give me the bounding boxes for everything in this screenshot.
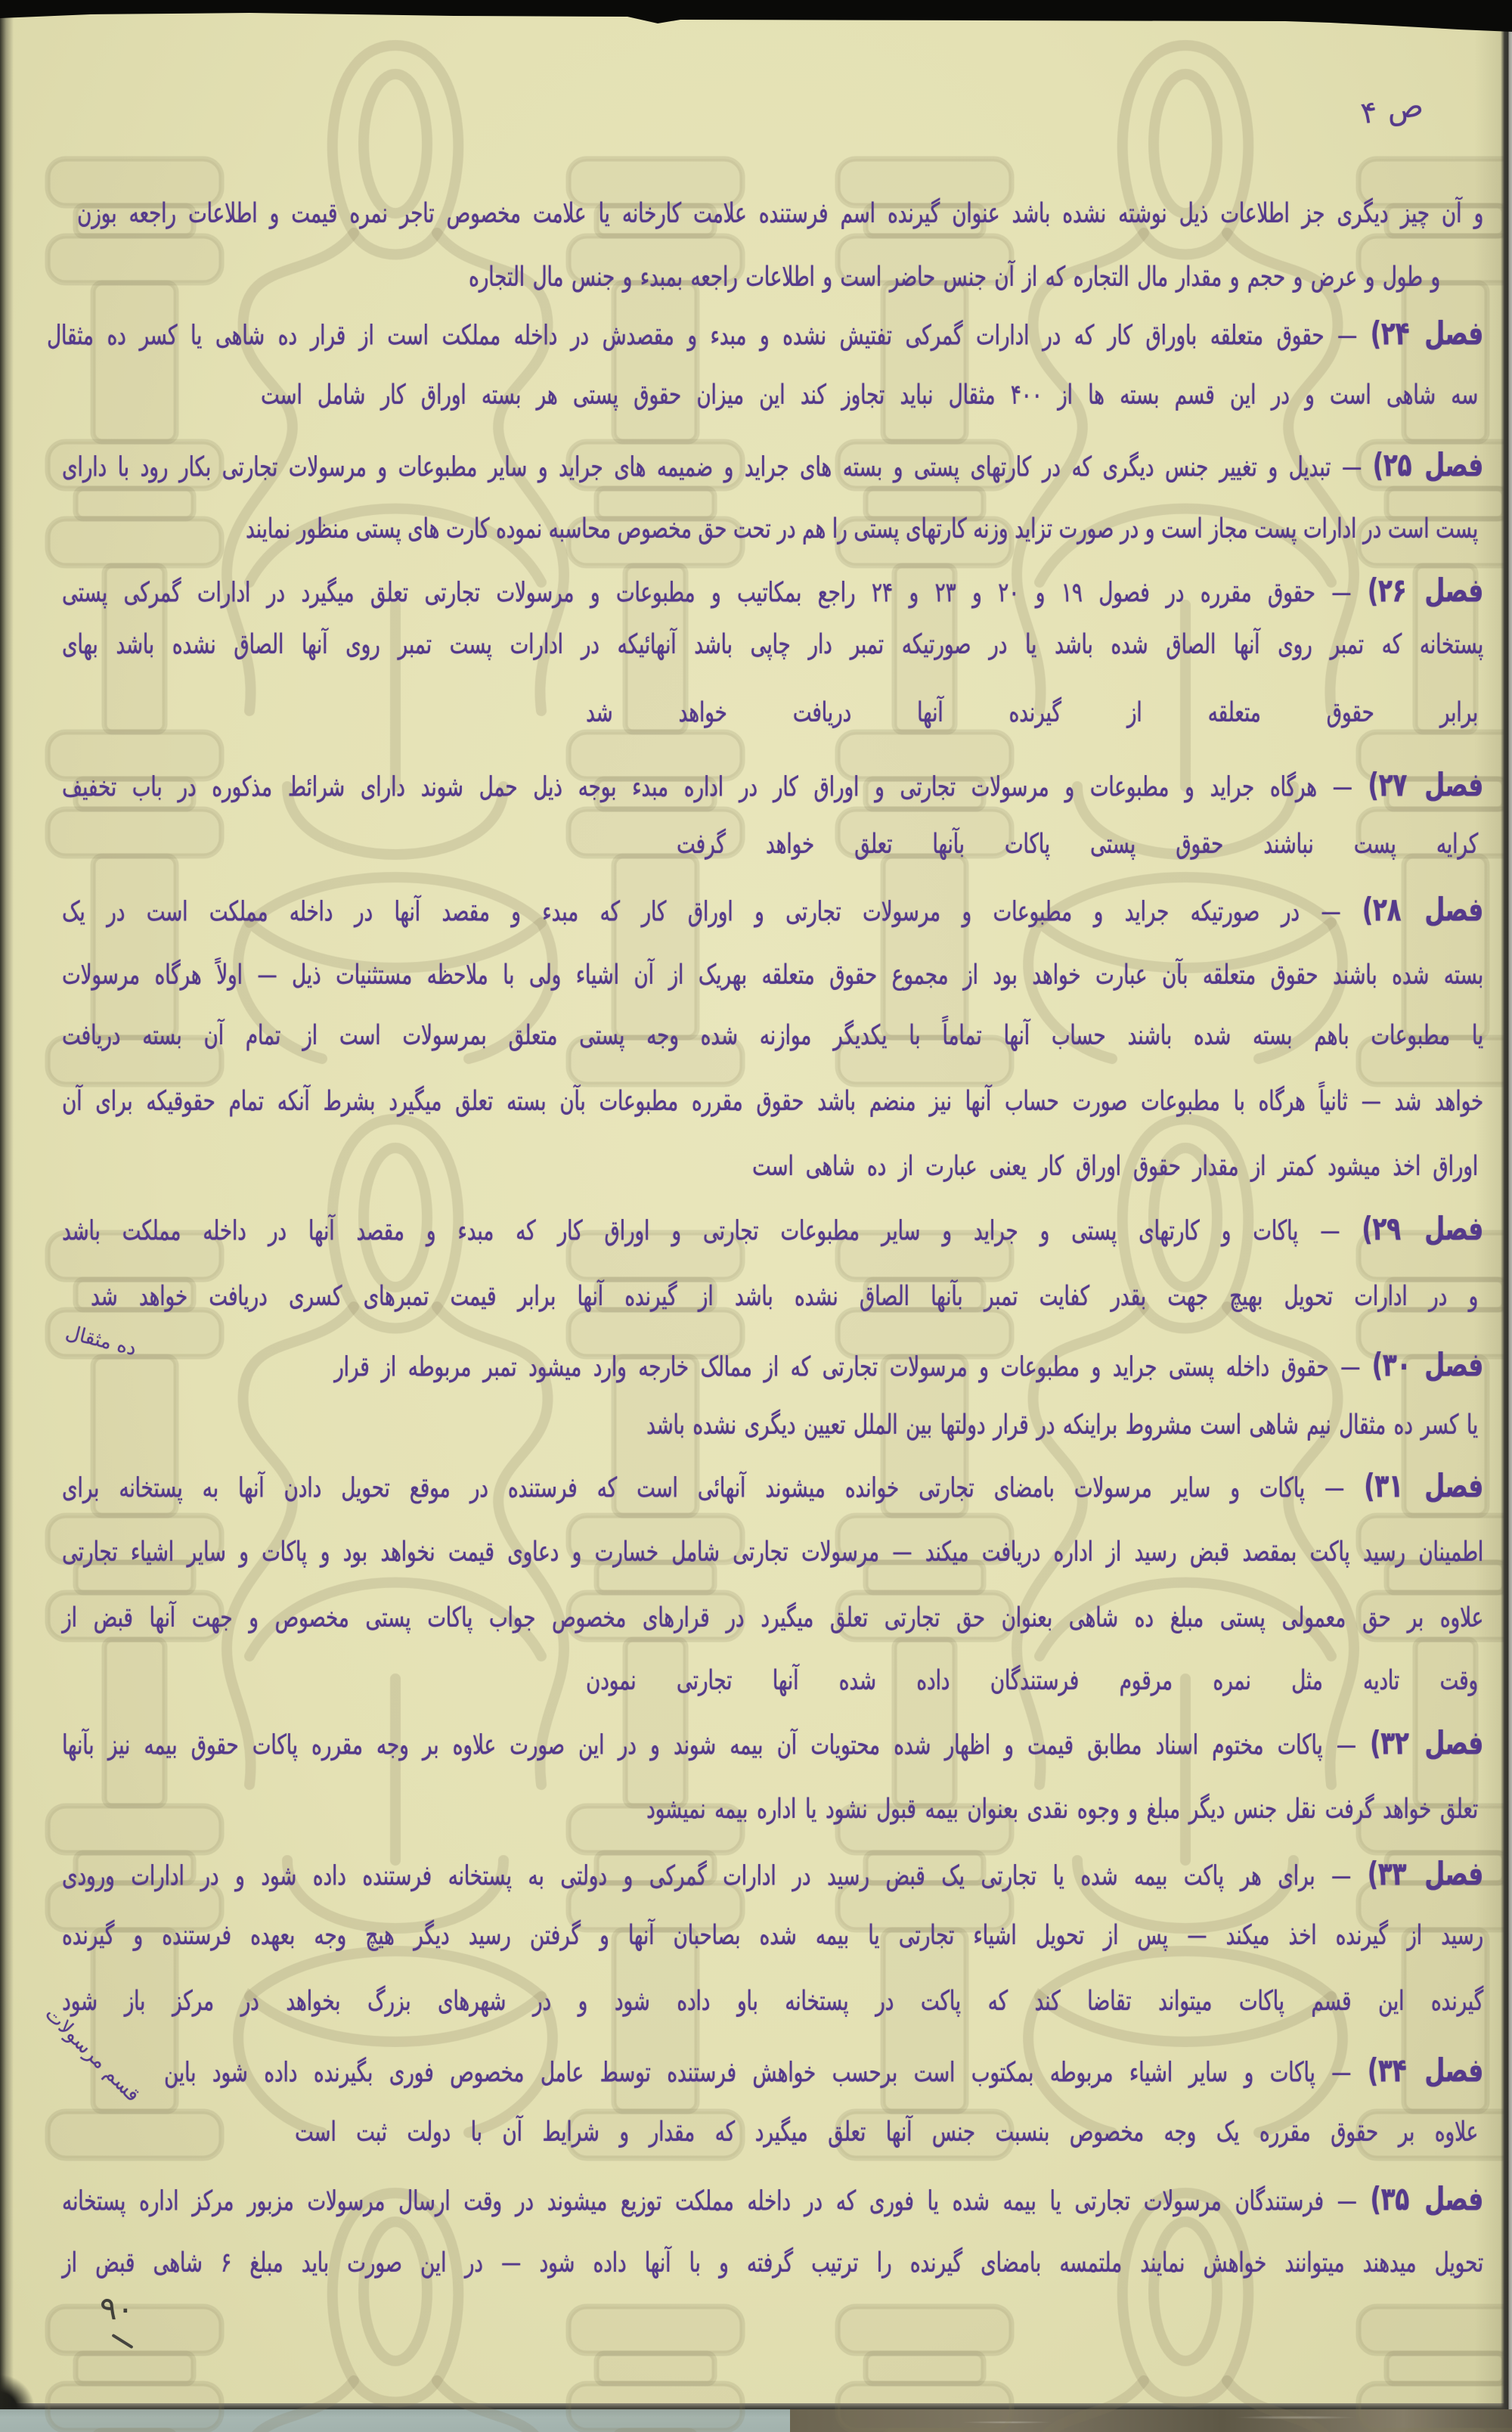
section-26-line: پستخانه که تمبر روی آنها الصاق شده باشد … bbox=[62, 622, 1483, 668]
section-text: — هرگاه جراید و مطبوعات و مرسولات تجارتی… bbox=[62, 771, 1352, 803]
section-35-line: تحویل میدهند میتوانند خواهش نمایند ملتمس… bbox=[62, 2240, 1483, 2287]
section-text: — پاکات و کارتهای پستی و جراید و سایر مط… bbox=[62, 1215, 1340, 1247]
section-label: فصل ۳۲) bbox=[1370, 1726, 1483, 1763]
section-31-line: وقت تادیه مثل نمره مرقوم فرستندگان داده … bbox=[586, 1658, 1478, 1705]
section-34-line: فصل ۳۴) — پاکات و سایر اشیاء مربوطه بمکت… bbox=[164, 2049, 1483, 2095]
section-29-line: و در ادارات تحویل بهیچ جهت بقدر کفایت تم… bbox=[91, 1273, 1478, 1320]
section-text: — پاکات و سایر اشیاء مربوطه بمکتوب است ب… bbox=[164, 2057, 1351, 2089]
section-28-line: اوراق اخذ میشود کمتر از مقدار حقوق اوراق… bbox=[752, 1143, 1478, 1190]
section-24-line: سه شاهی است و در این قسم بسته ها از ۴۰۰ … bbox=[261, 372, 1478, 419]
section-label: فصل ۳۰) bbox=[1372, 1348, 1483, 1385]
section-label: فصل ۲۴) bbox=[1371, 316, 1483, 353]
section-34-line: علاوه بر حقوق مقرره یک وجه مخصوص بنسبت ج… bbox=[295, 2109, 1478, 2156]
section-label: فصل ۳۴) bbox=[1368, 2053, 1483, 2090]
section-text: — پاکات و سایر مرسولات بامضای تجارتی خوا… bbox=[62, 1472, 1344, 1504]
section-text: — تبدیل و تغییر جنس دیگری که در کارتهای … bbox=[62, 451, 1362, 483]
right-paper-edge bbox=[1474, 0, 1512, 2409]
section-29-line: فصل ۲۹) — پاکات و کارتهای پستی و جراید و… bbox=[62, 1207, 1483, 1254]
section-32-line: تعلق خواهد گرفت نقل جنس دیگر مبلغ و وجوه… bbox=[646, 1786, 1478, 1833]
section-33-line: رسید از گیرنده اخذ میکند — پس از تحویل ا… bbox=[62, 1912, 1483, 1959]
section-35-line: فصل ۳۵) — فرستندگان مرسولات تجارتی یا بی… bbox=[62, 2177, 1483, 2224]
section-31-line: اطمینان رسید پاکت بمقصد قبض رسید از ادار… bbox=[62, 1529, 1483, 1576]
section-28-line: خواهد شد — ثانیاً هرگاه با مطبوعات صورت … bbox=[62, 1078, 1483, 1125]
section-24-line: فصل ۲۴) — حقوق متعلقه باوراق کار که در ا… bbox=[47, 312, 1483, 358]
section-label: فصل ۲۷) bbox=[1368, 768, 1483, 805]
section-30-line: یا کسر ده مثقال نیم شاهی است مشروط براین… bbox=[646, 1402, 1478, 1449]
section-28-line: یا مطبوعات باهم بسته شده باشند حساب آنها… bbox=[62, 1013, 1483, 1059]
section-33-line: فصل ۳۳) — برای هر پاکت بیمه شده یا تجارت… bbox=[62, 1852, 1483, 1899]
section-25-line: پست است در ادارات پست مجاز است و در صورت… bbox=[246, 506, 1478, 553]
section-label: فصل ۳۵) bbox=[1371, 2182, 1483, 2219]
left-paper-edge bbox=[0, 0, 14, 2409]
section-32-line: فصل ۳۲) — پاکات مختوم اسناد مطابق قیمت و… bbox=[62, 1721, 1483, 1768]
section-26-line: فصل ۲۶) — حقوق مقرره در فصول ۱۹ و ۲۰ و ۲… bbox=[62, 569, 1483, 616]
section-text: — در صورتیکه جراید و مطبوعات و مرسولات ت… bbox=[62, 896, 1340, 928]
section-text: — برای هر پاکت بیمه شده یا تجارتی یک قبض… bbox=[62, 1860, 1351, 1892]
section-27-line: فصل ۲۷) — هرگاه جراید و مطبوعات و مرسولا… bbox=[62, 763, 1483, 810]
section-label: فصل ۳۱) bbox=[1364, 1469, 1483, 1506]
section-text: — حقوق متعلقه باوراق کار که در ادارات گم… bbox=[47, 320, 1357, 352]
section-label: فصل ۲۹) bbox=[1362, 1211, 1483, 1249]
section-label: فصل ۲۸) bbox=[1362, 892, 1483, 929]
section-text: — حقوق مقرره در فصول ۱۹ و ۲۰ و ۲۳ و ۲۴ ر… bbox=[62, 577, 1351, 609]
section-label: فصل ۳۳) bbox=[1368, 1857, 1483, 1894]
section-27-line: کرایه پست نباشند حقوق پستی پاکات بآنها ت… bbox=[677, 821, 1478, 868]
section-28-line: بسته شده باشند حقوق متعلقه بآن عبارت خوا… bbox=[62, 952, 1483, 999]
section-31-line: فصل ۳۱) — پاکات و سایر مرسولات بامضای تج… bbox=[62, 1464, 1483, 1511]
section-31-line: علاوه بر حق معمولی پستی مبلغ ده شاهی بعن… bbox=[62, 1595, 1483, 1642]
section-text: — حقوق داخله پستی جراید و مطبوعات و مرسو… bbox=[334, 1351, 1360, 1383]
section-text: — پاکات مختوم اسناد مطابق قیمت و اظهار ش… bbox=[62, 1729, 1356, 1761]
section-label: فصل ۲۵) bbox=[1373, 448, 1483, 485]
folio-number: ۹۰ bbox=[100, 2290, 134, 2327]
section-text: — فرستندگان مرسولات تجارتی یا بیمه شده ی… bbox=[62, 2185, 1357, 2217]
section-25-line: فصل ۲۵) — تبدیل و تغییر جنس دیگری که در … bbox=[62, 443, 1483, 490]
section-30-line: فصل ۳۰) — حقوق داخله پستی جراید و مطبوعا… bbox=[334, 1343, 1483, 1390]
section-label: فصل ۲۶) bbox=[1368, 573, 1483, 610]
section-26-line: برابر حقوق متعلقه از گیرنده آنها دریافت … bbox=[586, 690, 1478, 737]
section-28-line: فصل ۲۸) — در صورتیکه جراید و مطبوعات و م… bbox=[62, 888, 1483, 935]
section-33-line: گیرنده این قسم پاکات میتواند تقاضا کند ک… bbox=[62, 1978, 1483, 2025]
intro-line: و طول و عرض و حجم و مقدار مال التجاره که… bbox=[469, 254, 1440, 301]
intro-line: و آن چیز دیگری جز اطلاعات ذیل نوشته نشده… bbox=[77, 191, 1483, 237]
